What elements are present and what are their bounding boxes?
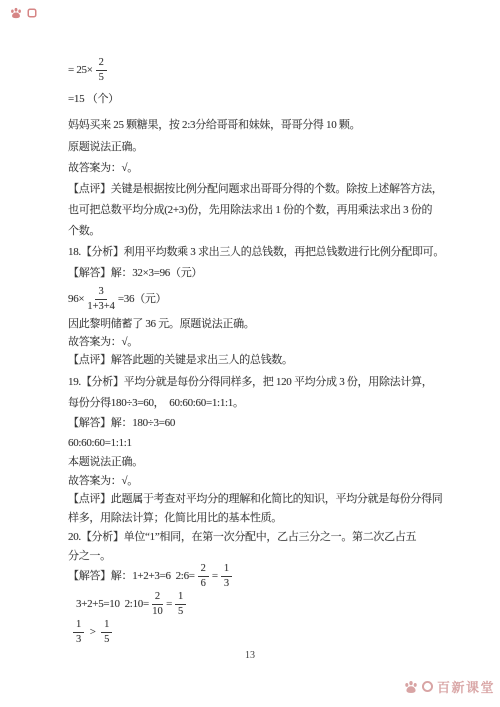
text-run: 60:60:60=1:1:1 xyxy=(68,437,132,449)
doc-line: 原题说法正确。 xyxy=(68,140,143,154)
corner-watermark xyxy=(10,7,37,19)
doc-line: 【点评】关键是根据按比例分配问题求出哥哥分得的个数。除按上述解答方法， xyxy=(68,182,443,196)
doc-line: 【点评】此题属于考查对平均分的理解和化简比的知识，平均分就是每份分得同 xyxy=(68,492,443,506)
doc-line: 样多，用除法计算；化简比用比的基本性质。 xyxy=(68,511,282,525)
fraction: 13 xyxy=(73,619,84,645)
document-page: = 25×25=15 （个）妈妈买来 25 颗糖果，按 2:3分给哥哥和妹妹，哥… xyxy=(0,0,500,707)
doc-line: 每份分得180÷3=60， 60:60:60=1:1:1。 xyxy=(68,396,244,410)
doc-line: 故答案为：√。 xyxy=(68,335,138,349)
doc-line: 故答案为：√。 xyxy=(68,161,138,175)
square-icon xyxy=(27,8,37,18)
watermark: 百新课堂 xyxy=(404,677,495,696)
text-run: 故答案为：√。 xyxy=(68,475,138,487)
doc-line: 60:60:60=1:1:1 xyxy=(68,436,132,450)
text-run: 【解答】解：32×3=96（元） xyxy=(68,267,202,279)
text-run: 每份分得180÷3=60， 60:60:60=1:1:1。 xyxy=(68,397,244,409)
text-run: 18.【分析】利用平均数乘 3 求出三人的总钱数，再把总钱数进行比例分配即可。 xyxy=(68,246,444,258)
text-run: 故答案为：√。 xyxy=(68,336,138,348)
text-run: 样多，用除法计算；化简比用比的基本性质。 xyxy=(68,512,282,524)
text-run: 19.【分析】平均分就是每份分得同样多，把 120 平均分成 3 份，用除法计算… xyxy=(68,376,432,388)
paw-icon xyxy=(404,680,418,694)
page-number: 13 xyxy=(0,650,500,661)
doc-line: 20.【分析】单位“1”相同，在第一次分配中，乙占三分之一。第二次乙占五 xyxy=(68,530,416,544)
text-run: 原题说法正确。 xyxy=(68,141,143,153)
text-run: 【点评】解答此题的关键是求出三人的总钱数。 xyxy=(68,354,293,366)
doc-line: 13 > 15 xyxy=(70,619,115,645)
text-run: 个数。 xyxy=(68,225,100,237)
text-run: 妈妈买来 25 颗糖果，按 2:3分给哥哥和妹妹，哥哥分得 10 颗。 xyxy=(68,119,360,131)
text-run: 96× xyxy=(68,292,84,306)
doc-line: 【点评】解答此题的关键是求出三人的总钱数。 xyxy=(68,353,293,367)
doc-line: 【解答】解：1+2+3=6 2:6=26=13 xyxy=(68,563,235,589)
doc-line: 本题说法正确。 xyxy=(68,455,143,469)
doc-line: 【解答】解：180÷3=60 xyxy=(68,416,175,430)
fraction: 26 xyxy=(198,563,209,589)
text-run: 分之一。 xyxy=(68,550,111,562)
text-run: =36（元） xyxy=(118,292,166,306)
text-run: = 25× xyxy=(68,63,93,77)
text-run: 因此黎明储蓄了 36 元。原题说法正确。 xyxy=(68,318,255,330)
text-run: 故答案为：√。 xyxy=(68,162,138,174)
text-run: 【点评】此题属于考查对平均分的理解和化简比的知识，平均分就是每份分得同 xyxy=(68,493,443,505)
doc-line: 故答案为：√。 xyxy=(68,474,138,488)
fraction: 25 xyxy=(96,57,107,83)
doc-line: 19.【分析】平均分就是每份分得同样多，把 120 平均分成 3 份，用除法计算… xyxy=(68,375,432,389)
fraction: 15 xyxy=(101,619,112,645)
fraction: 210 xyxy=(152,591,163,617)
text-run: =15 （个） xyxy=(68,93,119,105)
paw-icon xyxy=(10,7,22,19)
doc-line: = 25×25 xyxy=(68,57,110,83)
doc-line: 分之一。 xyxy=(68,549,111,563)
circle-icon xyxy=(421,680,434,693)
text-run: > xyxy=(87,625,98,639)
fraction: 15 xyxy=(175,591,186,617)
text-run: = xyxy=(212,569,218,583)
text-run: 【点评】关键是根据按比例分配问题求出哥哥分得的个数。除按上述解答方法， xyxy=(68,183,443,195)
doc-line: 【解答】解：32×3=96（元） xyxy=(68,266,202,280)
text-run: = xyxy=(166,597,172,611)
watermark-brand-text: 百新课堂 xyxy=(437,677,495,696)
fraction: 31+3+4 xyxy=(87,286,115,312)
doc-line: 18.【分析】利用平均数乘 3 求出三人的总钱数，再把总钱数进行比例分配即可。 xyxy=(68,245,444,259)
doc-line: 妈妈买来 25 颗糖果，按 2:3分给哥哥和妹妹，哥哥分得 10 颗。 xyxy=(68,118,360,132)
fraction: 13 xyxy=(221,563,232,589)
text-run: 【解答】解：180÷3=60 xyxy=(68,417,175,429)
doc-line: 96×31+3+4=36（元） xyxy=(68,286,166,312)
doc-line: 个数。 xyxy=(68,224,100,238)
doc-line: 也可把总数平均分成(2+3)份，先用除法求出 1 份的个数，再用乘法求出 3 份… xyxy=(68,203,432,217)
text-run: 【解答】解：1+2+3=6 2:6= xyxy=(68,569,195,583)
doc-line: 3+2+5=10 2:10=210=15 xyxy=(76,591,189,617)
text-run: 20.【分析】单位“1”相同，在第一次分配中，乙占三分之一。第二次乙占五 xyxy=(68,531,416,543)
text-run: 3+2+5=10 2:10= xyxy=(76,597,149,611)
text-run: 也可把总数平均分成(2+3)份，先用除法求出 1 份的个数，再用乘法求出 3 份… xyxy=(68,204,432,216)
doc-line: 因此黎明储蓄了 36 元。原题说法正确。 xyxy=(68,317,255,331)
doc-line: =15 （个） xyxy=(68,92,119,106)
text-run: 本题说法正确。 xyxy=(68,456,143,468)
